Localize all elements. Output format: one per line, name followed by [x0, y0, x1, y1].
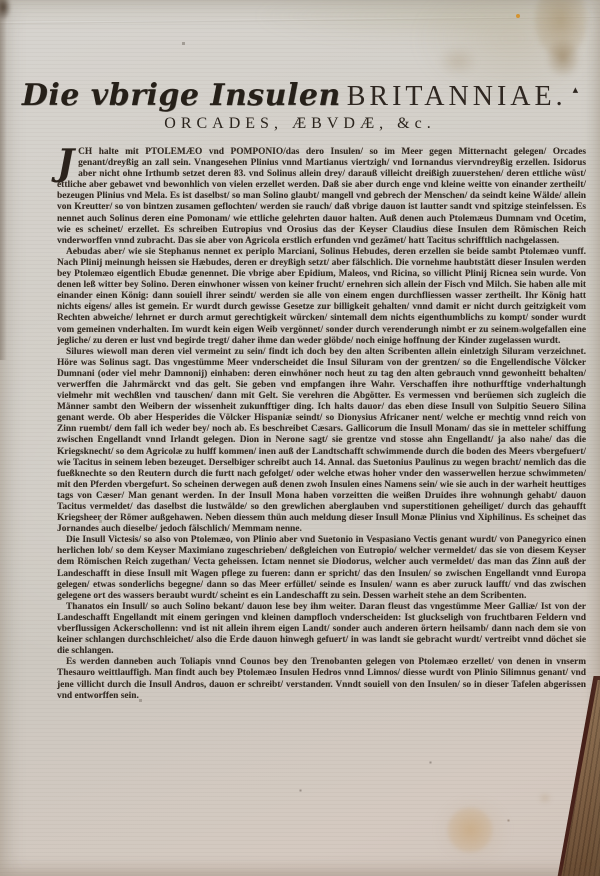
- left-edge-shadow: [0, 0, 7, 360]
- book-page-photo: Die vbrige InsulenBRITANNIAE.▴ ORCADES, …: [0, 0, 600, 876]
- book-fore-edge-wood: [554, 676, 600, 876]
- paragraph: JCH halte mit PTOLEMÆO vnd POMPONIO/das …: [57, 147, 586, 247]
- paper-crease: [0, 16, 600, 24]
- stain: [538, 792, 552, 804]
- stain: [534, 0, 588, 58]
- stain: [447, 807, 493, 853]
- orange-speck: [516, 14, 520, 18]
- page-title: Die vbrige InsulenBRITANNIAE.▴ ORCADES, …: [0, 78, 600, 133]
- drop-cap-initial: J: [57, 147, 78, 178]
- title-roman-caps: BRITANNIAE.: [347, 81, 567, 112]
- paragraph: Silures wiewoll man deren viel vermeint …: [57, 347, 586, 536]
- stain: [545, 38, 581, 78]
- corner-smudge: [0, 0, 11, 20]
- title-line: Die vbrige InsulenBRITANNIAE.▴: [0, 78, 600, 113]
- paragraph: Es werden danneben auch Toliapis vnnd Co…: [57, 657, 586, 701]
- stain: [260, 0, 600, 44]
- stain: [436, 796, 510, 864]
- paper-speckles: [0, 0, 1, 1]
- paragraph: Aebudas aber/ wie sie Stephanus nennet e…: [57, 247, 586, 347]
- stain: [438, 46, 478, 76]
- body-text-column: JCH halte mit PTOLEMÆO vnd POMPONIO/das …: [57, 147, 586, 702]
- page-subtitle: ORCADES, ÆBVDÆ, &c.: [0, 115, 600, 133]
- title-mark: ▴: [573, 84, 579, 96]
- paragraph: Die Insull Victesis/ so also von Ptolemæ…: [57, 535, 586, 602]
- paragraph: Thanatos ein Insull/ so auch Solino beka…: [57, 602, 586, 657]
- paragraph-text: CH halte mit PTOLEMÆO vnd POMPONIO/das d…: [57, 147, 586, 246]
- title-blackletter-text: Die vbrige Insulen: [22, 78, 341, 113]
- book-fore-edge-line: [554, 676, 600, 876]
